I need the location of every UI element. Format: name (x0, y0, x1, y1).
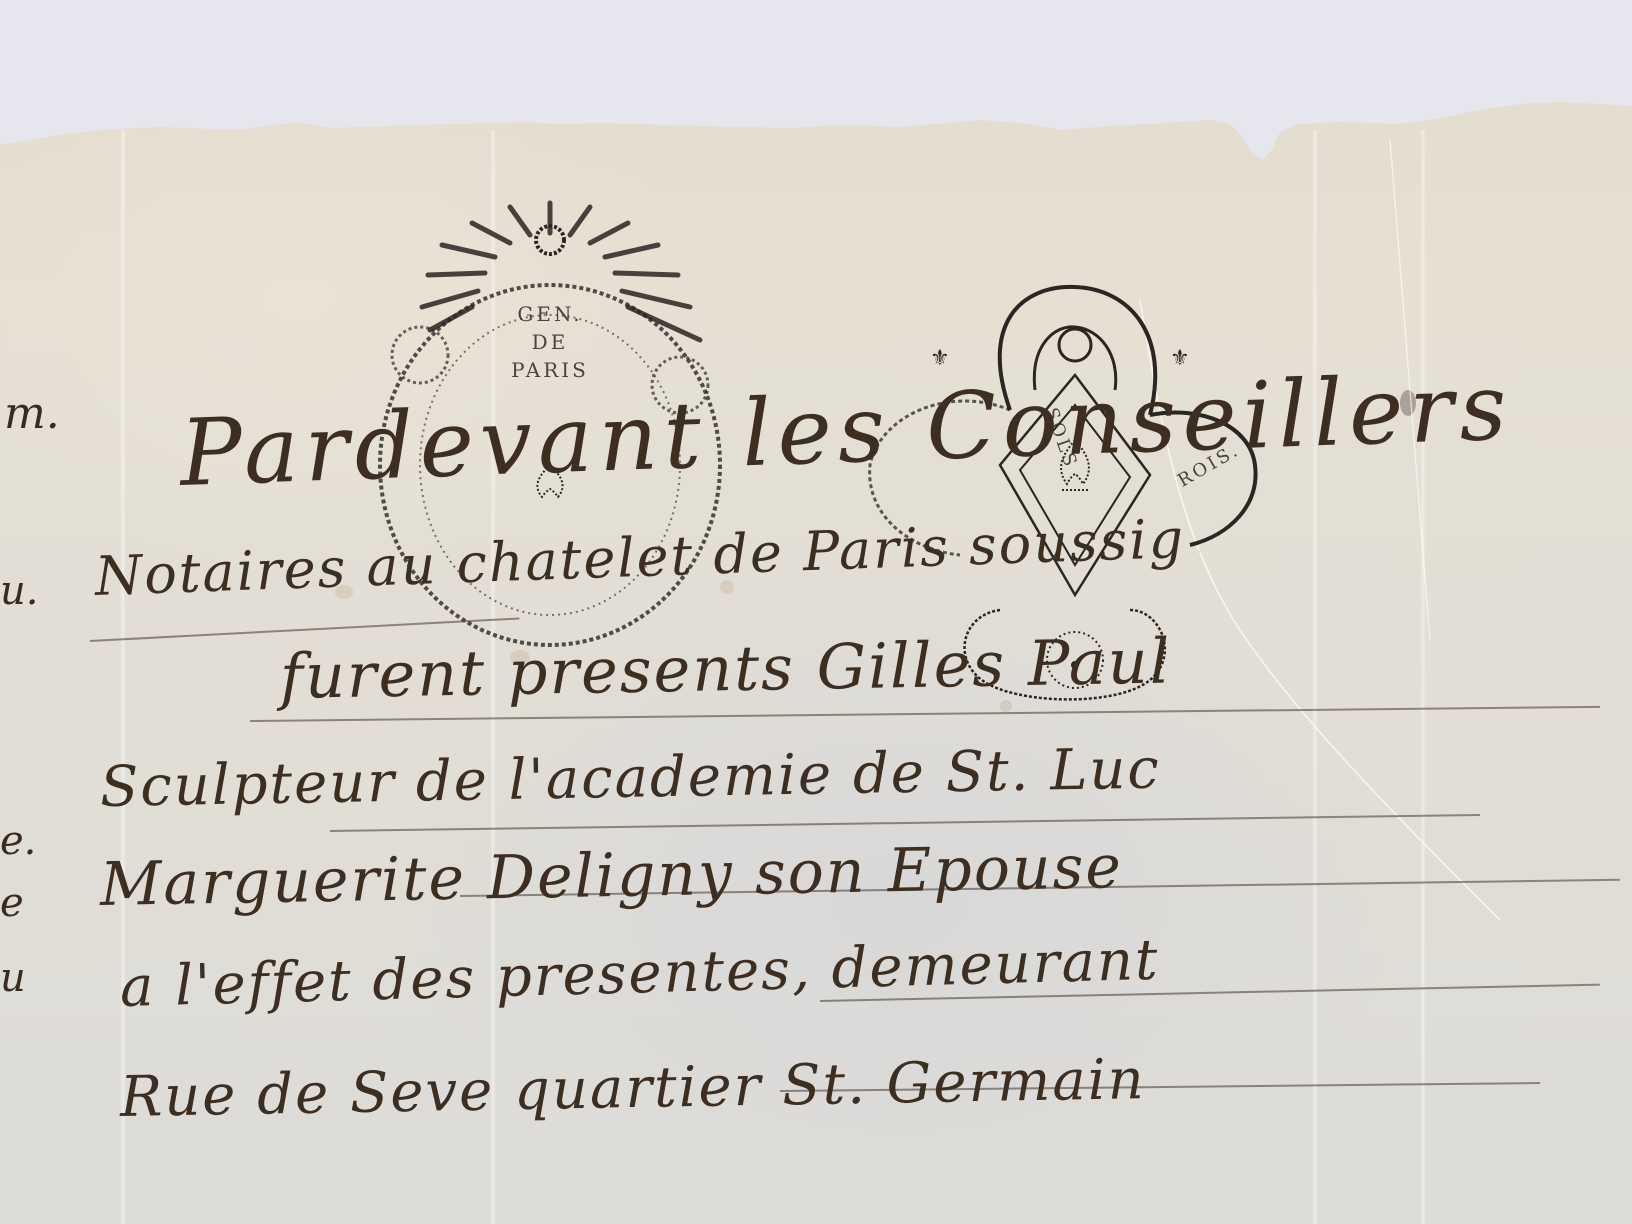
svg-text:⚜: ⚜ (930, 346, 950, 371)
document-paper (0, 0, 1632, 1224)
stamp-text-line: GEN. (490, 300, 610, 328)
margin-fragment: m. (4, 388, 60, 439)
stamp-text-line: PARIS (490, 356, 610, 384)
margin-fragment: e (0, 880, 24, 926)
handwritten-line-3: furent presents Gilles Paul (279, 624, 1172, 713)
stamp-text-line: DE (490, 328, 610, 356)
margin-fragment: u (0, 955, 26, 1001)
paper-crease (120, 130, 126, 1224)
paper-crease (1312, 130, 1318, 1224)
photo-scene: GEN. DE PARIS ⚜ ⚜ SOL (0, 0, 1632, 1224)
margin-fragment: e. (0, 818, 36, 864)
margin-fragment: u. (0, 568, 38, 614)
paper-crease (1420, 130, 1426, 1224)
